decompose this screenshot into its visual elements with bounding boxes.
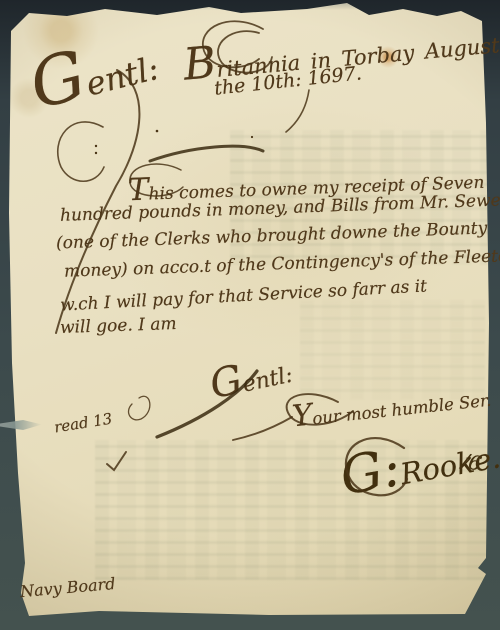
signature-paraph: /6	[460, 450, 483, 474]
paper-deckle-edge	[9, 3, 490, 10]
photo-of-letter: { "document": { "salutation": "Gentl:", …	[0, 0, 500, 630]
body-line: will goe. I am	[60, 316, 177, 337]
